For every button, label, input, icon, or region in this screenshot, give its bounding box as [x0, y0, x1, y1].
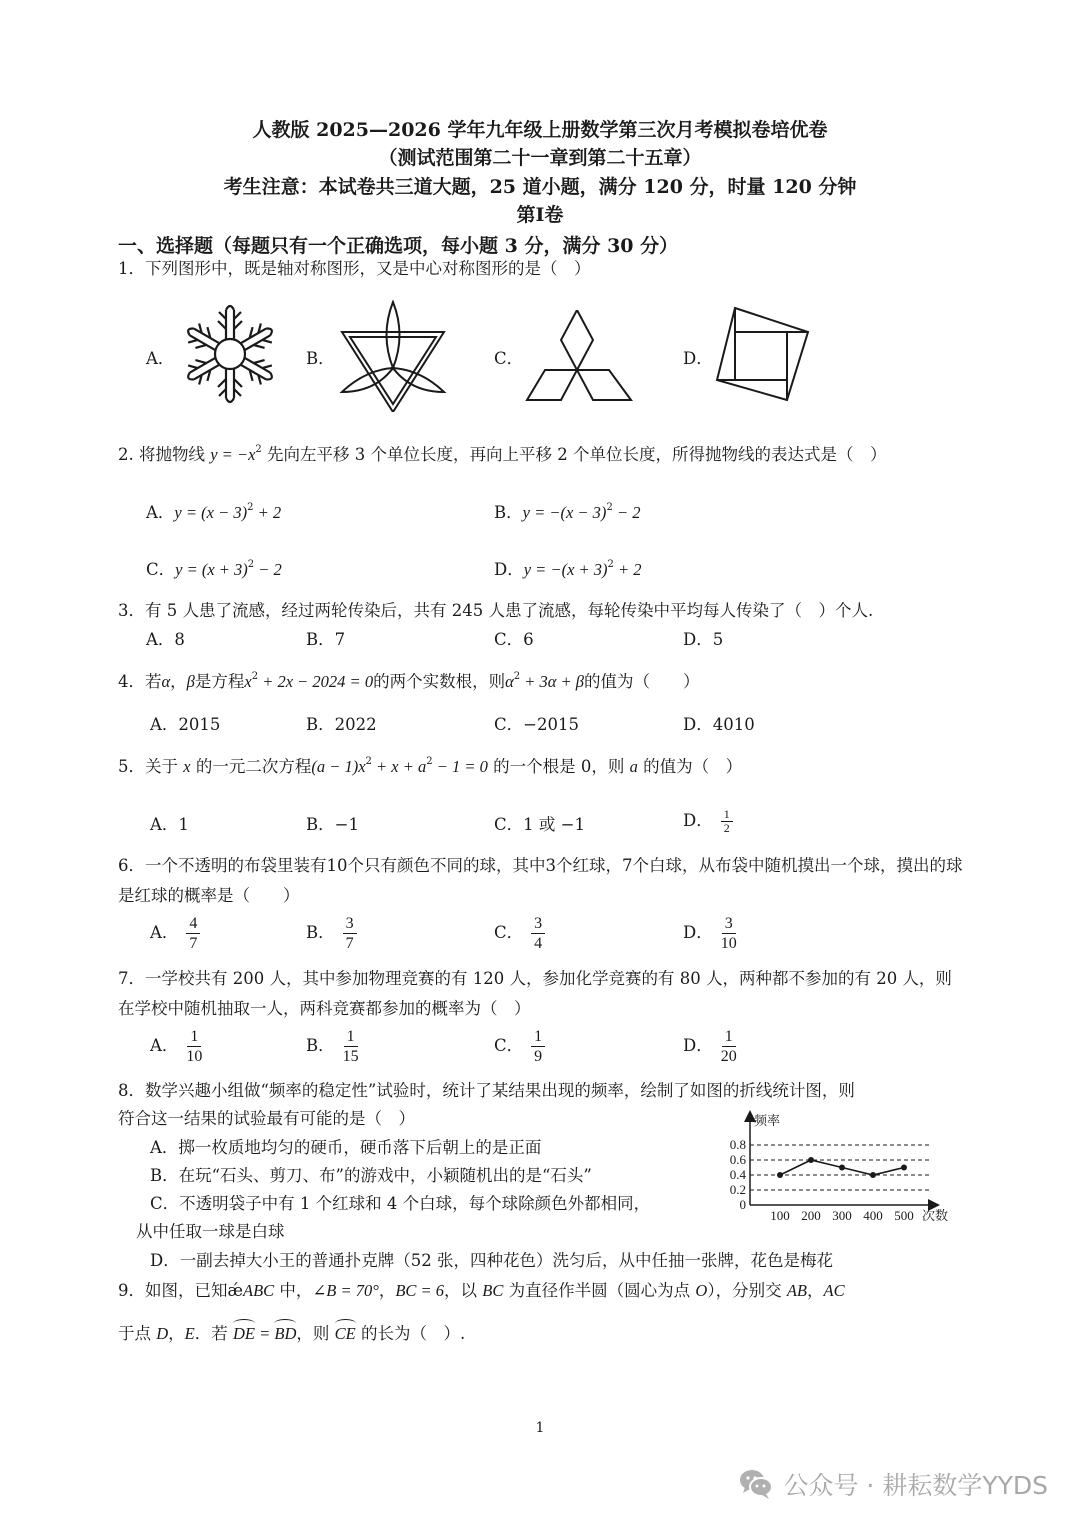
exam-subtitle: （测试范围第二十一章到第二十五章）: [0, 146, 1080, 170]
q2-function: y = −x: [210, 445, 255, 464]
q9-bc: BC: [482, 1281, 503, 1300]
fraction: 110: [186, 1027, 202, 1066]
denominator: 10: [186, 1047, 202, 1066]
q4-text-end: 的值为（ ）: [584, 672, 700, 691]
q4-sep: ，: [170, 672, 187, 691]
q9-text-c: ，以: [444, 1281, 482, 1300]
square-in-square-figure: [715, 305, 815, 405]
volume-label: 第Ⅰ卷: [0, 203, 1080, 227]
q9-text2-c: ，则: [296, 1324, 334, 1343]
chart-point: [901, 1165, 907, 1171]
chart-point: [839, 1165, 845, 1171]
question-3-stem: 3．有 5 人患了流感，经过两轮传染后，共有 245 人患了流感，每轮传染中平均…: [118, 600, 873, 622]
q4-text-mid: 是方程: [195, 672, 245, 691]
q5-option-b: B．−1: [306, 814, 359, 836]
q9-equals: =: [255, 1324, 274, 1343]
q9-center-o: O: [695, 1281, 707, 1300]
q3-option-c: C．6: [494, 629, 534, 651]
option-expr: y = (x − 3): [174, 503, 247, 522]
option-label: C．: [494, 923, 523, 942]
q8-option-c-line1: C．不透明袋子中有 1 个红球和 4 个白球，每个球除颜色外都相同，: [150, 1193, 650, 1215]
q9-text2: 于点: [118, 1324, 156, 1343]
q9-triangle-name: ABC: [243, 1281, 274, 1300]
ytick-0: 0: [740, 1197, 747, 1212]
q8-option-b: B．在玩“石头、剪刀、布”的游戏中，小颖随机出的是“石头”: [150, 1165, 592, 1187]
q9-text2-b: ．若: [195, 1324, 233, 1343]
denominator: 9: [534, 1047, 542, 1066]
ytick-0.8: 0.8: [730, 1137, 746, 1152]
q4-text-mid2: 的两个实数根，则: [373, 672, 505, 691]
q6-option-d: D．310: [683, 914, 737, 953]
q9-bc-length: BC = 6: [395, 1281, 444, 1300]
q5-text: 5．关于: [118, 757, 183, 776]
ytick-0.4: 0.4: [730, 1167, 747, 1182]
option-tail: + 2: [614, 560, 642, 579]
option-label: C．: [494, 1036, 523, 1055]
denominator: 7: [346, 934, 354, 953]
fraction: 19: [531, 1027, 545, 1066]
q4-equation: x: [244, 672, 251, 691]
numerator: 3: [722, 914, 736, 934]
fraction: 47: [186, 914, 200, 953]
q9-text-d: 为直径作半圆（圆心为点: [503, 1281, 695, 1300]
chart-ylabel: 频率: [754, 1113, 780, 1128]
denominator: 7: [189, 934, 197, 953]
watermark-text: 公众号 · 耕耘数学YYDS: [783, 1466, 1048, 1502]
xtick-500: 500: [894, 1208, 914, 1223]
q5-eq-part3: − 1 = 0: [433, 757, 488, 776]
option-label: B．: [306, 923, 335, 942]
denominator: 4: [534, 934, 542, 953]
q9-ab: AB: [787, 1281, 807, 1300]
question-4-stem: 4．若α，β是方程x2 + 2x − 2024 = 0的两个实数根，则α2 + …: [118, 671, 700, 693]
q5-option-d: D．12: [683, 808, 733, 835]
option-tail: + 2: [253, 503, 281, 522]
frequency-line-chart: 频率 0 0.2 0.4 0.6 0.8 100 200 300 400 500…: [722, 1108, 962, 1226]
wechat-icon: [739, 1468, 773, 1500]
snowflake-figure: [175, 298, 285, 410]
q9-text2-a: ，: [168, 1324, 185, 1343]
q4-expr: α: [505, 672, 514, 691]
question-2-stem: 2. 将抛物线 y = −x2 先向左平移 3 个单位长度，再向上平移 2 个单…: [118, 444, 887, 466]
q6-option-c: C．34: [494, 914, 545, 953]
xtick-400: 400: [863, 1208, 883, 1223]
q9-text-f: ，: [807, 1281, 824, 1300]
q2-option-a: A．y = (x − 3)2 + 2: [146, 502, 281, 524]
q5-eq-part2: + x + a: [372, 757, 426, 776]
q3-option-d: D．5: [683, 629, 723, 651]
q4-text: 4．若: [118, 672, 162, 691]
ytick-0.2: 0.2: [730, 1182, 746, 1197]
q9-text: 9．如图，已知: [118, 1281, 228, 1300]
q4-beta: β: [187, 672, 195, 691]
option-label: C．: [146, 560, 175, 579]
three-rhombus-figure: [525, 310, 637, 402]
q5-text-mid2: 的一个根是 0，则: [488, 757, 630, 776]
watermark: 公众号 · 耕耘数学YYDS: [739, 1466, 1048, 1502]
xtick-300: 300: [832, 1208, 852, 1223]
chart-point: [870, 1172, 876, 1178]
option-expr: y = −(x + 3): [524, 560, 608, 579]
option-label: D．: [683, 811, 713, 830]
exam-notice: 考生注意：本试卷共三道大题，25 道小题，满分 120 分，时量 120 分钟: [0, 175, 1080, 199]
chart-point: [808, 1157, 814, 1163]
numerator: 1: [187, 1027, 201, 1047]
denominator: 20: [721, 1047, 737, 1066]
q4-equation-tail: + 2x − 2024 = 0: [258, 672, 373, 691]
q4-option-b: B．2022: [306, 714, 377, 736]
option-label: A．: [150, 1036, 178, 1055]
question-8-stem-line1: 8．数学兴趣小组做“频率的稳定性”试验时，统计了某结果出现的频率，绘制了如图的折…: [118, 1080, 855, 1102]
q3-option-b: B．7: [306, 629, 345, 651]
q4-alpha: α: [162, 672, 171, 691]
fraction: 34: [531, 914, 545, 953]
question-1-stem: 1．下列图形中，既是轴对称图形，又是中心对称图形的是（ ）: [118, 258, 591, 280]
q9-text-a: 中，: [274, 1281, 312, 1300]
ytick-0.6: 0.6: [730, 1152, 747, 1167]
option-tail: − 2: [613, 503, 641, 522]
denominator: 2: [724, 822, 730, 835]
q7-option-d: D．120: [683, 1027, 737, 1066]
question-7-stem: 7．一学校共有 200 人，其中参加物理竞赛的有 120 人，参加化学竞赛的有 …: [118, 964, 963, 1024]
numerator: 4: [186, 914, 200, 934]
q9-angle: ∠B = 70°: [312, 1281, 378, 1300]
xtick-100: 100: [770, 1208, 790, 1223]
q4-option-a: A．2015: [150, 714, 220, 736]
q6-option-a: A．47: [150, 914, 200, 953]
fraction: 37: [343, 914, 357, 953]
option-tail: − 2: [254, 560, 282, 579]
exam-title: 人教版 2025—2026 学年九年级上册数学第三次月考模拟卷培优卷: [0, 118, 1080, 142]
q9-text2-d: 的长为（ ）.: [356, 1324, 466, 1343]
q1-option-a-label: A．: [146, 345, 174, 369]
option-label: A．: [146, 503, 174, 522]
option-label: D．: [494, 560, 524, 579]
numerator: 1: [722, 1027, 736, 1047]
question-9-line1: 9．如图，已知ǽABC 中，∠B = 70°，BC = 6，以 BC 为直径作半…: [118, 1280, 845, 1302]
question-5-stem: 5．关于 x 的一元二次方程(a − 1)x2 + x + a2 − 1 = 0…: [118, 756, 742, 778]
q5-text-end: 的值为（ ）: [638, 757, 742, 776]
q4-expr-tail: + 3α + β: [520, 672, 584, 691]
option-label: B．: [306, 1036, 335, 1055]
fraction: 120: [721, 1027, 737, 1066]
q9-arc-de: DE: [233, 1323, 255, 1345]
q7-option-c: C．19: [494, 1027, 545, 1066]
numerator: 3: [343, 914, 357, 934]
q5-text-mid: 的一元二次方程: [191, 757, 312, 776]
q5-eq-part1: (a − 1)x: [311, 757, 365, 776]
q9-point-d: D: [156, 1324, 168, 1343]
q2-text-rest: 先向左平移 3 个单位长度，再向上平移 2 个单位长度，所得抛物线的表达式是（ …: [262, 445, 887, 464]
fraction: 115: [343, 1027, 359, 1066]
q1-option-d-label: D．: [683, 345, 713, 369]
q9-arc-bd: BD: [274, 1323, 296, 1345]
q2-option-c: C．y = (x + 3)2 − 2: [146, 559, 282, 581]
section-heading: 一、选择题（每题只有一个正确选项，每小题 3 分，满分 30 分）: [118, 231, 678, 258]
q8-option-a: A．掷一枚质地均匀的硬币，硬币落下后朝上的是正面: [150, 1137, 541, 1159]
q9-text-b: ，: [379, 1281, 396, 1300]
q9-triangle-glyph: ǽ: [228, 1281, 244, 1300]
numerator: 1: [721, 808, 733, 822]
q3-option-a: A．8: [146, 629, 185, 651]
option-label: D．: [683, 1036, 713, 1055]
denominator: 10: [721, 934, 737, 953]
q5-option-a: A．1: [150, 814, 189, 836]
q9-arc-ce: CE: [335, 1323, 356, 1345]
q4-option-d: D．4010: [683, 714, 755, 736]
fraction: 12: [721, 808, 733, 835]
option-label: B．: [494, 503, 523, 522]
chart-point: [777, 1172, 783, 1178]
q8-option-c-line2: 从中任取一球是白球: [136, 1221, 285, 1243]
q2-text: 2. 将抛物线: [118, 445, 210, 464]
numerator: 3: [531, 914, 545, 934]
xtick-200: 200: [801, 1208, 821, 1223]
q9-ac: AC: [823, 1281, 844, 1300]
q5-var: x: [183, 757, 190, 776]
q1-option-c-label: C．: [494, 345, 523, 369]
triangle-with-petals-figure: [330, 300, 456, 412]
question-8-stem-line2: 符合这一结果的试验最有可能的是（ ）: [118, 1108, 415, 1130]
option-expr: y = (x + 3): [175, 560, 248, 579]
denominator: 15: [343, 1047, 359, 1066]
page-number: 1: [0, 1420, 1080, 1436]
q7-option-a: A．110: [150, 1027, 202, 1066]
question-6-stem: 6．一个不透明的布袋里装有10个只有颜色不同的球，其中3个红球，7个白球，从布袋…: [118, 851, 963, 911]
numerator: 1: [344, 1027, 358, 1047]
chart-xlabel: 次数: [922, 1208, 948, 1223]
q2-option-b: B．y = −(x − 3)2 − 2: [494, 502, 640, 524]
q7-option-b: B．115: [306, 1027, 359, 1066]
q5-var2: a: [630, 757, 638, 776]
q2-option-d: D．y = −(x + 3)2 + 2: [494, 559, 642, 581]
q9-text-e: ），分别交: [707, 1281, 787, 1300]
q9-point-e: E: [185, 1324, 195, 1343]
option-expr: y = −(x − 3): [523, 503, 607, 522]
q6-option-b: B．37: [306, 914, 357, 953]
question-9-line2: 于点 D，E．若 DE = BD，则 CE 的长为（ ）.: [118, 1323, 465, 1345]
option-label: D．: [683, 923, 713, 942]
numerator: 1: [531, 1027, 545, 1047]
q5-option-c: C．1 或 −1: [494, 814, 585, 836]
q4-option-c: C．−2015: [494, 714, 579, 736]
option-label: A．: [150, 923, 178, 942]
q8-option-d: D．一副去掉大小王的普通扑克牌（52 张，四种花色）洗匀后，从中任抽一张牌，花色…: [150, 1250, 833, 1272]
fraction: 310: [721, 914, 737, 953]
